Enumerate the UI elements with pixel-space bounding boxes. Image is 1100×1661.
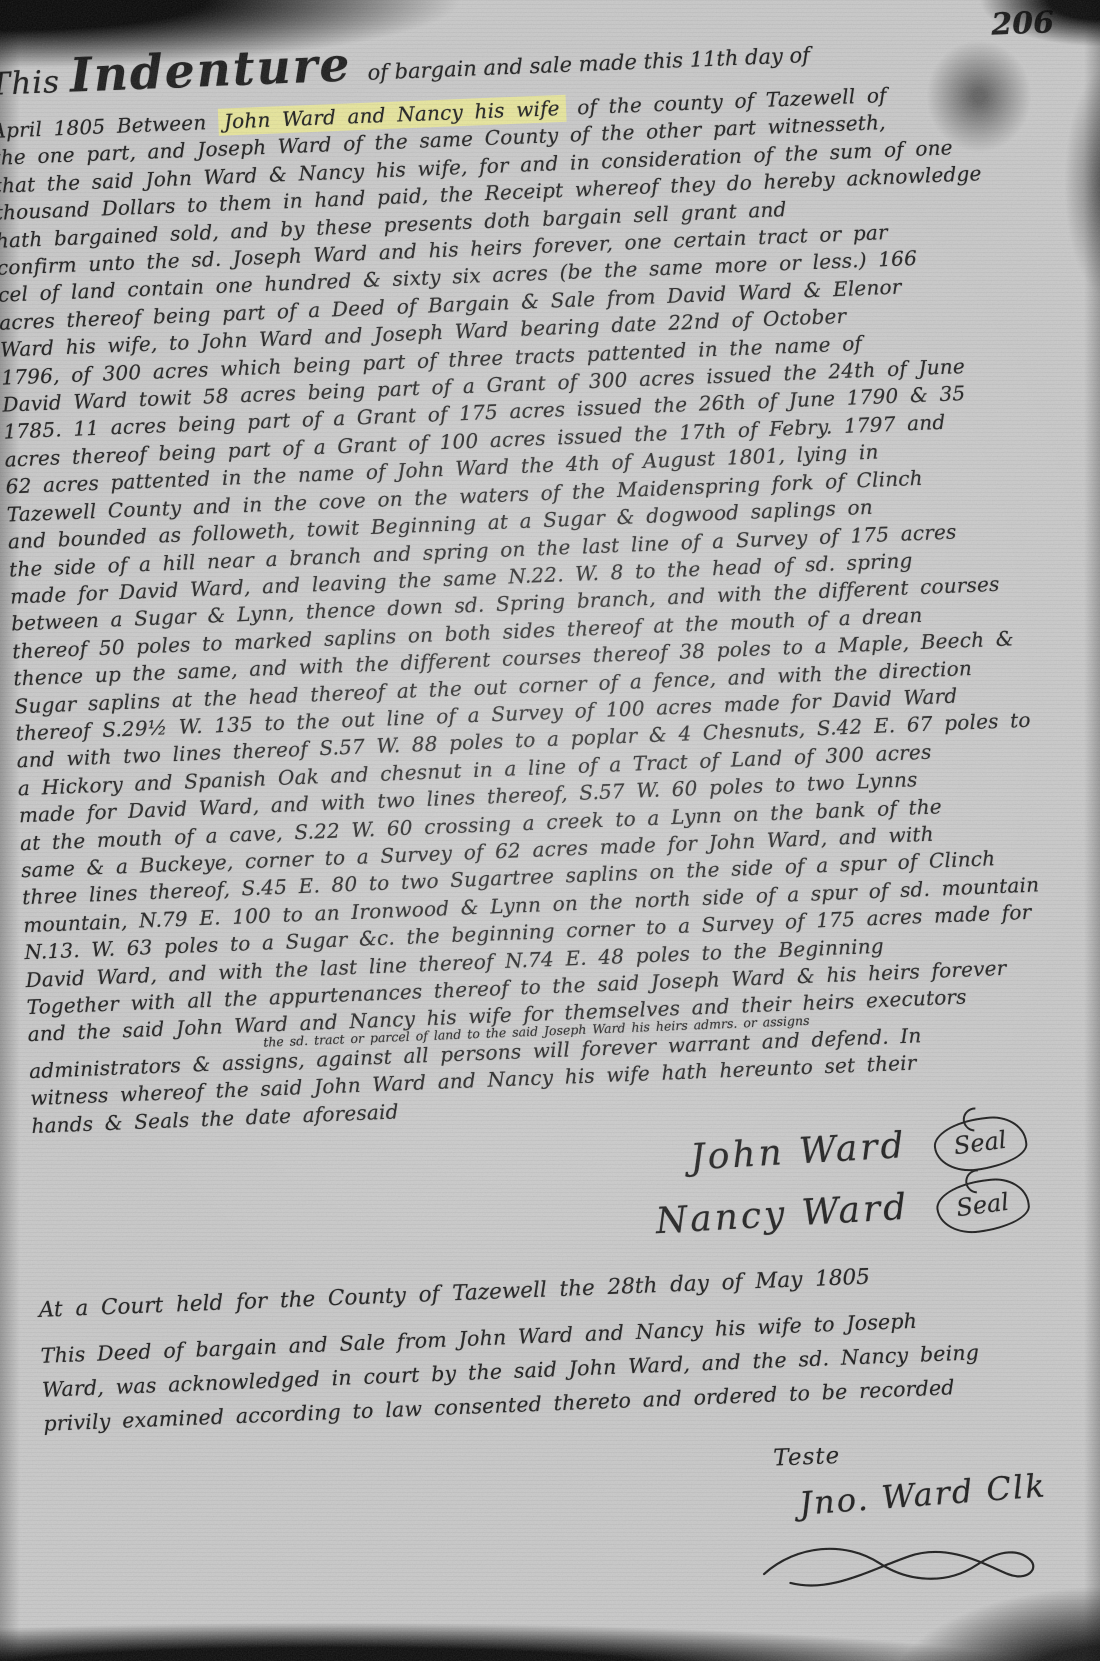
opening-word: This xyxy=(0,64,61,103)
signature-name: John Ward xyxy=(689,1125,908,1178)
seal-scroll-icon: Seal xyxy=(934,1174,1032,1237)
seal-scroll-icon: Seal xyxy=(931,1112,1029,1175)
seal-word: Seal xyxy=(953,1126,1009,1160)
signature-name: Nancy Ward xyxy=(654,1186,910,1242)
attestation-block: Teste Jno. Ward Clk xyxy=(45,1432,1100,1635)
opening-line-rest: of bargain and sale made this 11th day o… xyxy=(367,43,810,85)
deed-body-lines: the one part, and Joseph Ward of the sam… xyxy=(0,102,1097,1140)
indenture-title-word: Indenture xyxy=(69,37,353,103)
court-record-lines: This Deed of bargain and Sale from John … xyxy=(40,1296,1100,1441)
deed-text-block: ThisIndentureof bargain and sale made th… xyxy=(0,0,1100,1635)
clerk-flourish-icon xyxy=(749,1528,1061,1600)
clerk-signature: Jno. Ward Clk xyxy=(798,1466,1048,1522)
page-number: 206 xyxy=(991,5,1055,42)
teste-label: Teste xyxy=(773,1443,841,1472)
signature-row-nancy-ward: Nancy Ward Seal xyxy=(654,1178,1030,1245)
deed-scan-page: ThisIndentureof bargain and sale made th… xyxy=(0,0,1100,1661)
signature-block: John Ward Seal Nancy Ward Seal xyxy=(33,1116,1031,1270)
court-record-block: At a Court held for the County of Tazewe… xyxy=(38,1255,1100,1441)
seal-word: Seal xyxy=(955,1188,1011,1222)
